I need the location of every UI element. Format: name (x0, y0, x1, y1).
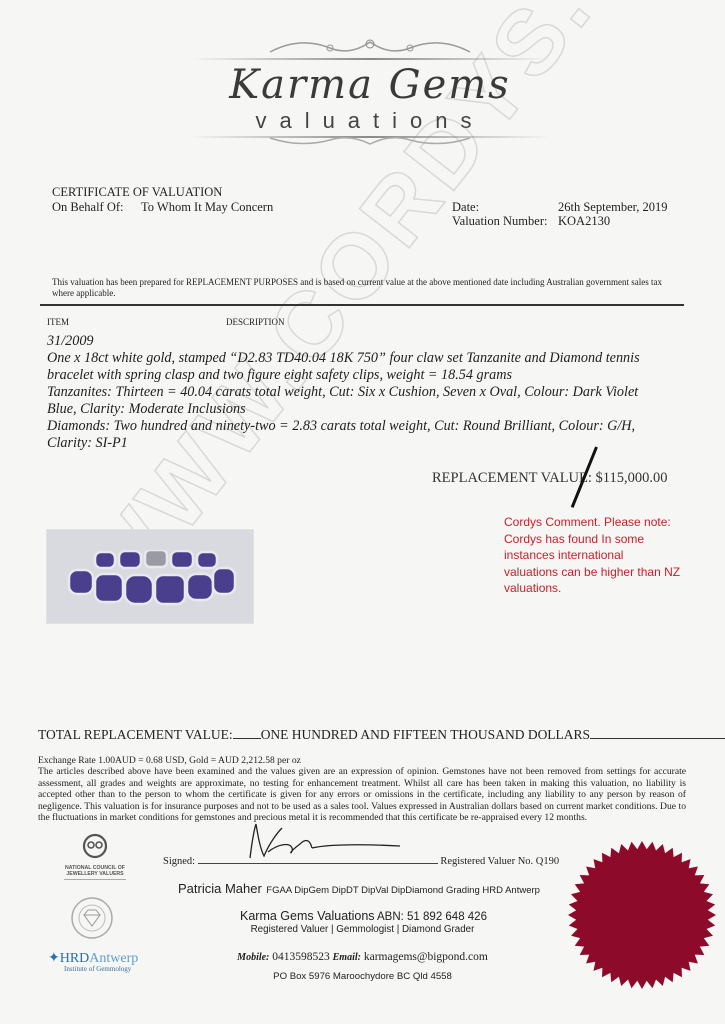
replacement-value: REPLACEMENT VALUE: $115,000.00 (432, 470, 668, 487)
signature-line: Signed: Registered Valuer No. Q190 (163, 856, 598, 867)
registered-valuer-number: Registered Valuer No. Q190 (440, 856, 559, 867)
hrd-antwerp-logo: ✦HRDAntwerp Institute of Gemmology (48, 950, 138, 973)
hrd-name-a: HRD (60, 951, 90, 966)
column-header-description: DESCRIPTION (226, 317, 285, 328)
comment-line: valuations. (504, 580, 680, 597)
date-value: 26th September, 2019 (558, 200, 668, 215)
signed-label: Signed: (163, 856, 195, 867)
total-replacement-value: TOTAL REPLACEMENT VALUE:ONE HUNDRED AND … (38, 727, 688, 743)
item-number: 31/2009 (47, 333, 687, 350)
valuation-number-value: KOA2130 (558, 214, 610, 229)
company-logo: Karma Gems valuations (180, 36, 560, 146)
date-label: Date: (452, 200, 479, 215)
red-seal-icon (567, 840, 717, 990)
description-line: Blue, Clarity: Moderate Inclusions (47, 401, 687, 418)
email-label: Email: (333, 952, 361, 963)
valuer-credentials: FGAA DipGem DipDT DipVal DipDiamond Grad… (266, 885, 540, 896)
description-line: Clarity: SI-P1 (47, 435, 687, 452)
disclaimer: The articles described above have been e… (38, 766, 686, 823)
column-header-item: ITEM (47, 317, 69, 328)
description-line: bracelet with spring clasp and two figur… (47, 367, 687, 384)
company-name: Karma Gems Valuations (240, 909, 375, 923)
hrd-name-b: Antwerp (89, 951, 138, 966)
logo-subtitle: valuations (180, 108, 560, 134)
valuer-name-line: Patricia Maher FGAA DipGem DipDT DipVal … (178, 880, 540, 898)
comment-line: instances international (504, 547, 680, 564)
comment-line: Cordys Comment. Please note: (504, 514, 680, 531)
ncjv-logo: NATIONAL COUNCIL OF JEWELLERY VALUERS (60, 832, 130, 882)
item-photo (46, 529, 254, 624)
diamond-seal-icon (70, 896, 114, 940)
ncjv-emblem-icon (60, 832, 130, 860)
cordys-comment: Cordys Comment. Please note: Cordys has … (504, 514, 680, 597)
email-address[interactable]: karmagems@bigpond.com (364, 951, 488, 963)
hrd-star-icon: ✦ (48, 951, 60, 966)
ornament-bottom-icon (260, 134, 480, 148)
ornament-top-icon (260, 36, 480, 58)
valuer-name: Patricia Maher (178, 881, 262, 896)
replacement-value-label: REPLACEMENT VALUE: (432, 470, 592, 486)
total-value: ONE HUNDRED AND FIFTEEN THOUSAND DOLLARS (261, 727, 590, 742)
ncjv-line2: JEWELLERY VALUERS (60, 871, 130, 877)
replacement-value-amount: $115,000.00 (596, 470, 668, 486)
certificate-title: CERTIFICATE OF VALUATION (52, 185, 222, 200)
company-abn: ABN: 51 892 648 426 (377, 911, 487, 923)
comment-line: Cordys has found In some (504, 531, 680, 548)
on-behalf-label: On Behalf Of: (52, 200, 124, 215)
total-label: TOTAL REPLACEMENT VALUE: (38, 727, 233, 742)
exchange-rate: Exchange Rate 1.00AUD = 0.68 USD, Gold =… (38, 755, 686, 766)
item-description: 31/2009 One x 18ct white gold, stamped “… (47, 333, 687, 452)
logo-script-text: Karma Gems (180, 62, 560, 108)
description-line: Tanzanites: Thirteen = 40.04 carats tota… (47, 384, 687, 401)
on-behalf-value: To Whom It May Concern (141, 200, 273, 215)
description-line: One x 18ct white gold, stamped “D2.83 TD… (47, 350, 687, 367)
mobile-number[interactable]: 0413598523 (272, 951, 330, 963)
divider (40, 304, 684, 306)
hrd-subtitle: Institute of Gemmology (64, 965, 138, 973)
purpose-note: This valuation has been prepared for REP… (52, 277, 682, 299)
description-line: Diamonds: Two hundred and ninety-two = 2… (47, 418, 687, 435)
valuation-number-label: Valuation Number: (452, 214, 547, 229)
bracelet-image-icon (65, 550, 237, 608)
comment-line: valuations can be higher than NZ (504, 564, 680, 581)
fine-print: Exchange Rate 1.00AUD = 0.68 USD, Gold =… (38, 755, 686, 823)
mobile-label: Mobile: (237, 952, 269, 963)
